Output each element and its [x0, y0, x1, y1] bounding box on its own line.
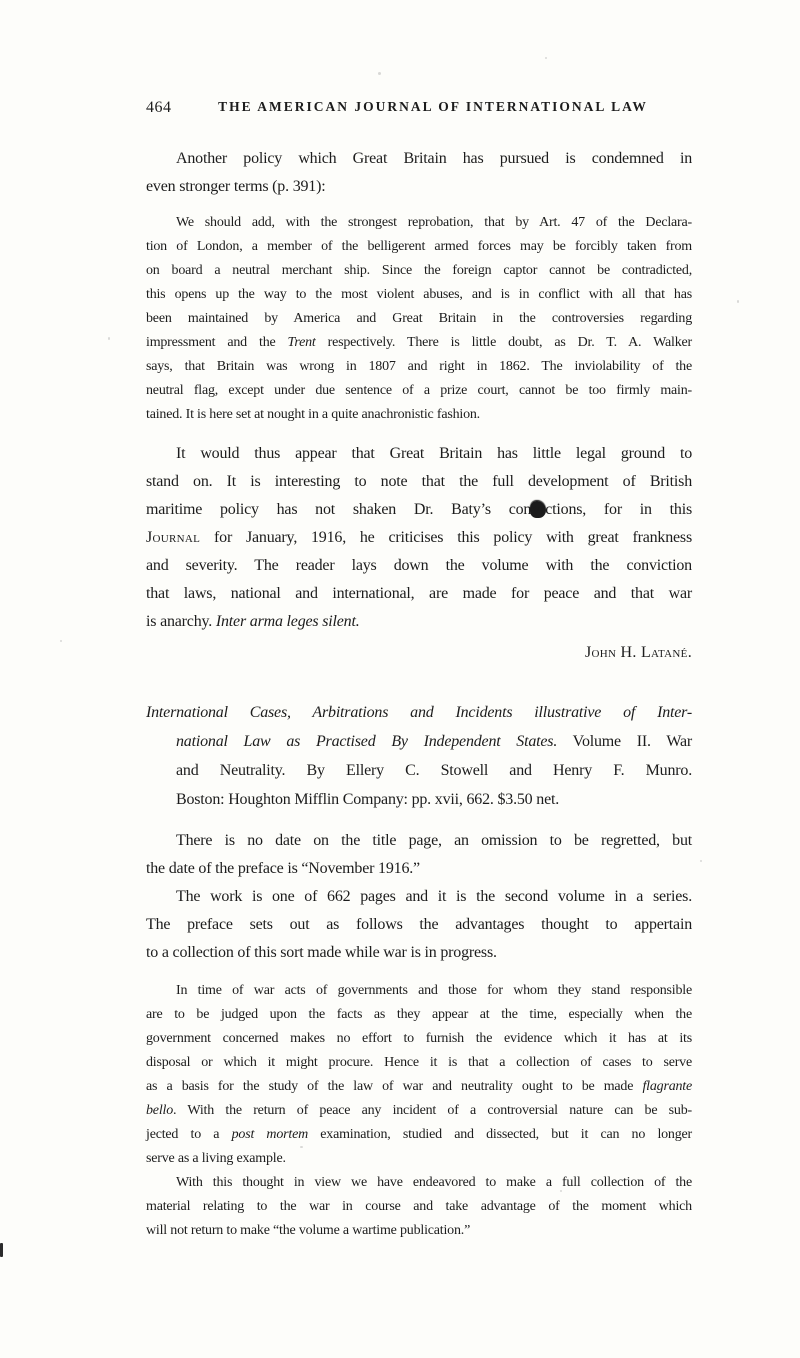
text-line: stand on. It is interesting to note that… [146, 468, 692, 496]
text-line: as a basis for the study of the law of w… [146, 1075, 692, 1099]
text-line: is anarchy. Inter arma leges silent. [146, 608, 692, 636]
text-line: We should add, with the strongest reprob… [146, 211, 692, 235]
text-line: national Law as Practised By Independent… [146, 727, 692, 756]
text-line: that laws, national and international, a… [146, 580, 692, 608]
scan-speck [545, 57, 547, 59]
text-line: International Cases, Arbitrations and In… [146, 698, 692, 727]
scan-speck [108, 337, 110, 340]
scan-speck [60, 640, 62, 642]
text-line: government concerned makes no effort to … [146, 1027, 692, 1051]
text-line: the date of the preface is “November 191… [146, 855, 692, 883]
text-line: even stronger terms (p. 391): [146, 173, 692, 201]
block-quote-preface: In time of war acts of governments and t… [146, 979, 692, 1243]
paragraph-preface: The work is one of 662 pages and it is t… [146, 883, 692, 967]
text-line: will not return to make “the volume a wa… [146, 1219, 692, 1243]
text-line: to a collection of this sort made while … [146, 939, 692, 967]
text-line: tion of London, a member of the belliger… [146, 235, 692, 259]
text-line: Another policy which Great Britain has p… [146, 145, 692, 173]
text-line: impressment and the Trent respectively. … [146, 331, 692, 355]
scan-speck [300, 1146, 303, 1148]
text-line: jected to a post mortem examination, stu… [146, 1123, 692, 1147]
text-line: maritime policy has not shaken Dr. Baty’… [146, 496, 692, 524]
reviewer-signature: John H. Latané. [146, 640, 692, 666]
text-line: Journal for January, 1916, he criticises… [146, 524, 692, 552]
text-line: bello. With the return of peace any inci… [146, 1099, 692, 1123]
text-line: serve as a living example. [146, 1147, 692, 1171]
scan-speck [700, 860, 702, 862]
text-line: disposal or which it might procure. Henc… [146, 1051, 692, 1075]
text-line: and severity. The reader lays down the v… [146, 552, 692, 580]
ink-blot: vi [530, 501, 546, 518]
paragraph-intro: Another policy which Great Britain has p… [146, 145, 692, 201]
text-column: 464 THE AMERICAN JOURNAL OF INTERNATIONA… [146, 0, 692, 1243]
text-line: are to be judged upon the facts as they … [146, 1003, 692, 1027]
journal-page: 464 THE AMERICAN JOURNAL OF INTERNATIONA… [0, 0, 800, 1358]
text-line: The work is one of 662 pages and it is t… [146, 883, 692, 911]
scan-speck [737, 300, 739, 303]
text-line: There is no date on the title page, an o… [146, 827, 692, 855]
scan-edge-mark [0, 1243, 3, 1257]
paragraph-date: There is no date on the title page, an o… [146, 827, 692, 883]
text-line: been maintained by America and Great Bri… [146, 307, 692, 331]
running-head: 464 THE AMERICAN JOURNAL OF INTERNATIONA… [146, 0, 692, 121]
block-quote-reprobation: We should add, with the strongest reprob… [146, 211, 692, 427]
text-line: material relating to the war in course a… [146, 1195, 692, 1219]
text-line: says, that Britain was wrong in 1807 and… [146, 355, 692, 379]
text-line: It would thus appear that Great Britain … [146, 440, 692, 468]
text-line: and Neutrality. By Ellery C. Stowell and… [146, 756, 692, 785]
text-line: In time of war acts of governments and t… [146, 979, 692, 1003]
text-line: this opens up the way to the most violen… [146, 283, 692, 307]
book-citation: International Cases, Arbitrations and In… [146, 698, 692, 814]
journal-title: THE AMERICAN JOURNAL OF INTERNATIONAL LA… [160, 99, 706, 115]
text-line: The preface sets out as follows the adva… [146, 911, 692, 939]
scan-speck [560, 1190, 562, 1192]
text-line: on board a neutral merchant ship. Since … [146, 259, 692, 283]
paragraph-conclusion: It would thus appear that Great Britain … [146, 440, 692, 636]
text-line: neutral flag, except under due sentence … [146, 379, 692, 403]
scan-speck [378, 72, 381, 75]
text-line: tained. It is here set at nought in a qu… [146, 403, 692, 427]
text-line: Boston: Houghton Mifflin Company: pp. xv… [146, 785, 692, 814]
text-line: With this thought in view we have endeav… [146, 1171, 692, 1195]
